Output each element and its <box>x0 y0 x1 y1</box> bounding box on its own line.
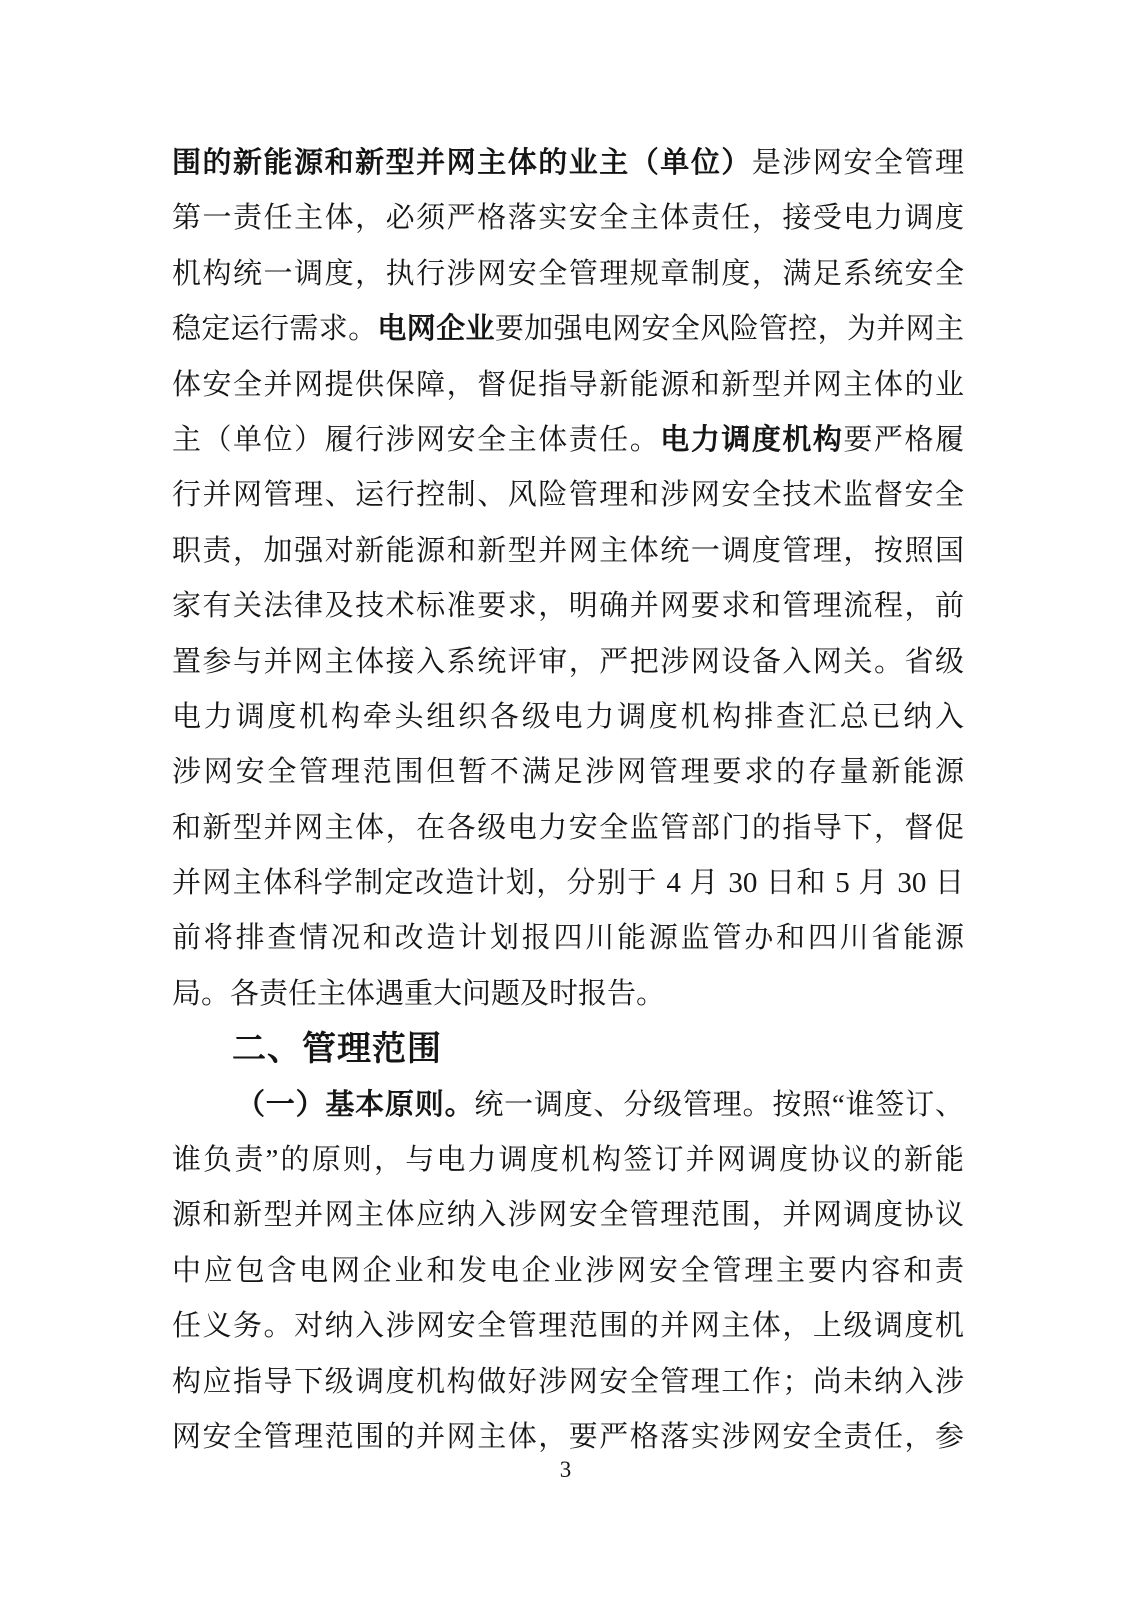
bold-text-segment: （一）基本原则。 <box>236 1089 474 1121</box>
bold-text-segment: 电力调度机构 <box>660 424 843 456</box>
text-line: 行并网管理、运行控制、风险管理和涉网安全技术监督安全 <box>172 468 964 523</box>
text-segment: 局。各责任主体遇重大问题及时报告。 <box>172 978 665 1010</box>
text-segment: 前将排查情况和改造计划报四川能源监管办和四川省能源 <box>172 922 964 954</box>
text-segment: 任义务。对纳入涉网安全管理范围的并网主体，上级调度机 <box>172 1310 964 1342</box>
text-line: 家有关法律及技术标准要求，明确并网要求和管理流程，前 <box>172 579 964 634</box>
text-segment: 第一责任主体，必须严格落实安全主体责任，接受电力调度 <box>172 202 964 234</box>
text-line: 稳定运行需求。电网企业要加强电网安全风险管控，为并网主 <box>172 302 964 357</box>
section-heading: 二、管理范围 <box>172 1022 964 1077</box>
text-line: 置参与并网主体接入系统评审，严把涉网设备入网关。省级 <box>172 635 964 690</box>
text-segment: 稳定运行需求。 <box>172 313 377 345</box>
text-segment: 体安全并网提供保障，督促指导新能源和新型并网主体的业 <box>172 369 964 401</box>
page-number: 3 <box>0 1455 1131 1485</box>
text-line: 和新型并网主体，在各级电力安全监管部门的指导下，督促 <box>172 801 964 856</box>
text-line: 局。各责任主体遇重大问题及时报告。 <box>172 967 964 1022</box>
text-segment: 机构统一调度，执行涉网安全管理规章制度，满足系统安全 <box>172 258 964 290</box>
text-line: 职责，加强对新能源和新型并网主体统一调度管理，按照国 <box>172 524 964 579</box>
text-line: 第一责任主体，必须严格落实安全主体责任，接受电力调度 <box>172 191 964 246</box>
text-segment: 电力调度机构牵头组织各级电力调度机构排查汇总已纳入 <box>172 701 964 733</box>
text-line: 前将排查情况和改造计划报四川能源监管办和四川省能源 <box>172 911 964 966</box>
text-segment: 要加强电网安全风险管控，为并网主 <box>495 313 964 345</box>
text-line: 并网主体科学制定改造计划，分别于 4 月 30 日和 5 月 30 日 <box>172 856 964 911</box>
text-segment: 并网主体科学制定改造计划，分别于 4 月 30 日和 5 月 30 日 <box>172 867 964 899</box>
text-line: 谁负责”的原则，与电力调度机构签订并网调度协议的新能 <box>172 1133 964 1188</box>
document-body: 围的新能源和新型并网主体的业主（单位）是涉网安全管理第一责任主体，必须严格落实安… <box>172 136 964 1465</box>
bold-text-segment: 围的新能源和新型并网主体的业主（单位） <box>172 147 752 179</box>
text-line: 构应指导下级调度机构做好涉网安全管理工作；尚未纳入涉 <box>172 1355 964 1410</box>
text-segment: 和新型并网主体，在各级电力安全监管部门的指导下，督促 <box>172 812 964 844</box>
bold-text-segment: 二、管理范围 <box>232 1031 442 1068</box>
text-segment: 网安全管理范围的并网主体，要严格落实涉网安全责任，参 <box>172 1421 964 1453</box>
text-segment: 源和新型并网主体应纳入涉网安全管理范围，并网调度协议 <box>172 1199 964 1231</box>
text-segment: 职责，加强对新能源和新型并网主体统一调度管理，按照国 <box>172 535 964 567</box>
bold-text-segment: 电网企业 <box>377 313 494 345</box>
text-segment: 谁负责”的原则，与电力调度机构签订并网调度协议的新能 <box>172 1144 964 1176</box>
text-line: 机构统一调度，执行涉网安全管理规章制度，满足系统安全 <box>172 247 964 302</box>
text-line: 体安全并网提供保障，督促指导新能源和新型并网主体的业 <box>172 358 964 413</box>
text-segment: 行并网管理、运行控制、风险管理和涉网安全技术监督安全 <box>172 479 964 511</box>
text-line: 主（单位）履行涉网安全主体责任。电力调度机构要严格履 <box>172 413 964 468</box>
text-segment: 是涉网安全管理 <box>752 147 964 179</box>
text-segment: 统一调度、分级管理。按照“谁签订、 <box>474 1089 964 1121</box>
text-line: 涉网安全管理范围但暂不满足涉网管理要求的存量新能源 <box>172 745 964 800</box>
text-line: 中应包含电网企业和发电企业涉网安全管理主要内容和责 <box>172 1244 964 1299</box>
text-segment: 要严格履 <box>843 424 964 456</box>
text-segment: 中应包含电网企业和发电企业涉网安全管理主要内容和责 <box>172 1255 964 1287</box>
text-segment: 涉网安全管理范围但暂不满足涉网管理要求的存量新能源 <box>172 756 964 788</box>
text-line: 源和新型并网主体应纳入涉网安全管理范围，并网调度协议 <box>172 1188 964 1243</box>
text-line: 围的新能源和新型并网主体的业主（单位）是涉网安全管理 <box>172 136 964 191</box>
document-page: 围的新能源和新型并网主体的业主（单位）是涉网安全管理第一责任主体，必须严格落实安… <box>0 0 1131 1600</box>
text-line: （一）基本原则。统一调度、分级管理。按照“谁签订、 <box>172 1078 964 1133</box>
text-segment: 家有关法律及技术标准要求，明确并网要求和管理流程，前 <box>172 590 964 622</box>
text-segment: 构应指导下级调度机构做好涉网安全管理工作；尚未纳入涉 <box>172 1366 964 1398</box>
text-segment: 置参与并网主体接入系统评审，严把涉网设备入网关。省级 <box>172 646 964 678</box>
text-line: 电力调度机构牵头组织各级电力调度机构排查汇总已纳入 <box>172 690 964 745</box>
text-segment: 主（单位）履行涉网安全主体责任。 <box>172 424 660 456</box>
text-line: 任义务。对纳入涉网安全管理范围的并网主体，上级调度机 <box>172 1299 964 1354</box>
